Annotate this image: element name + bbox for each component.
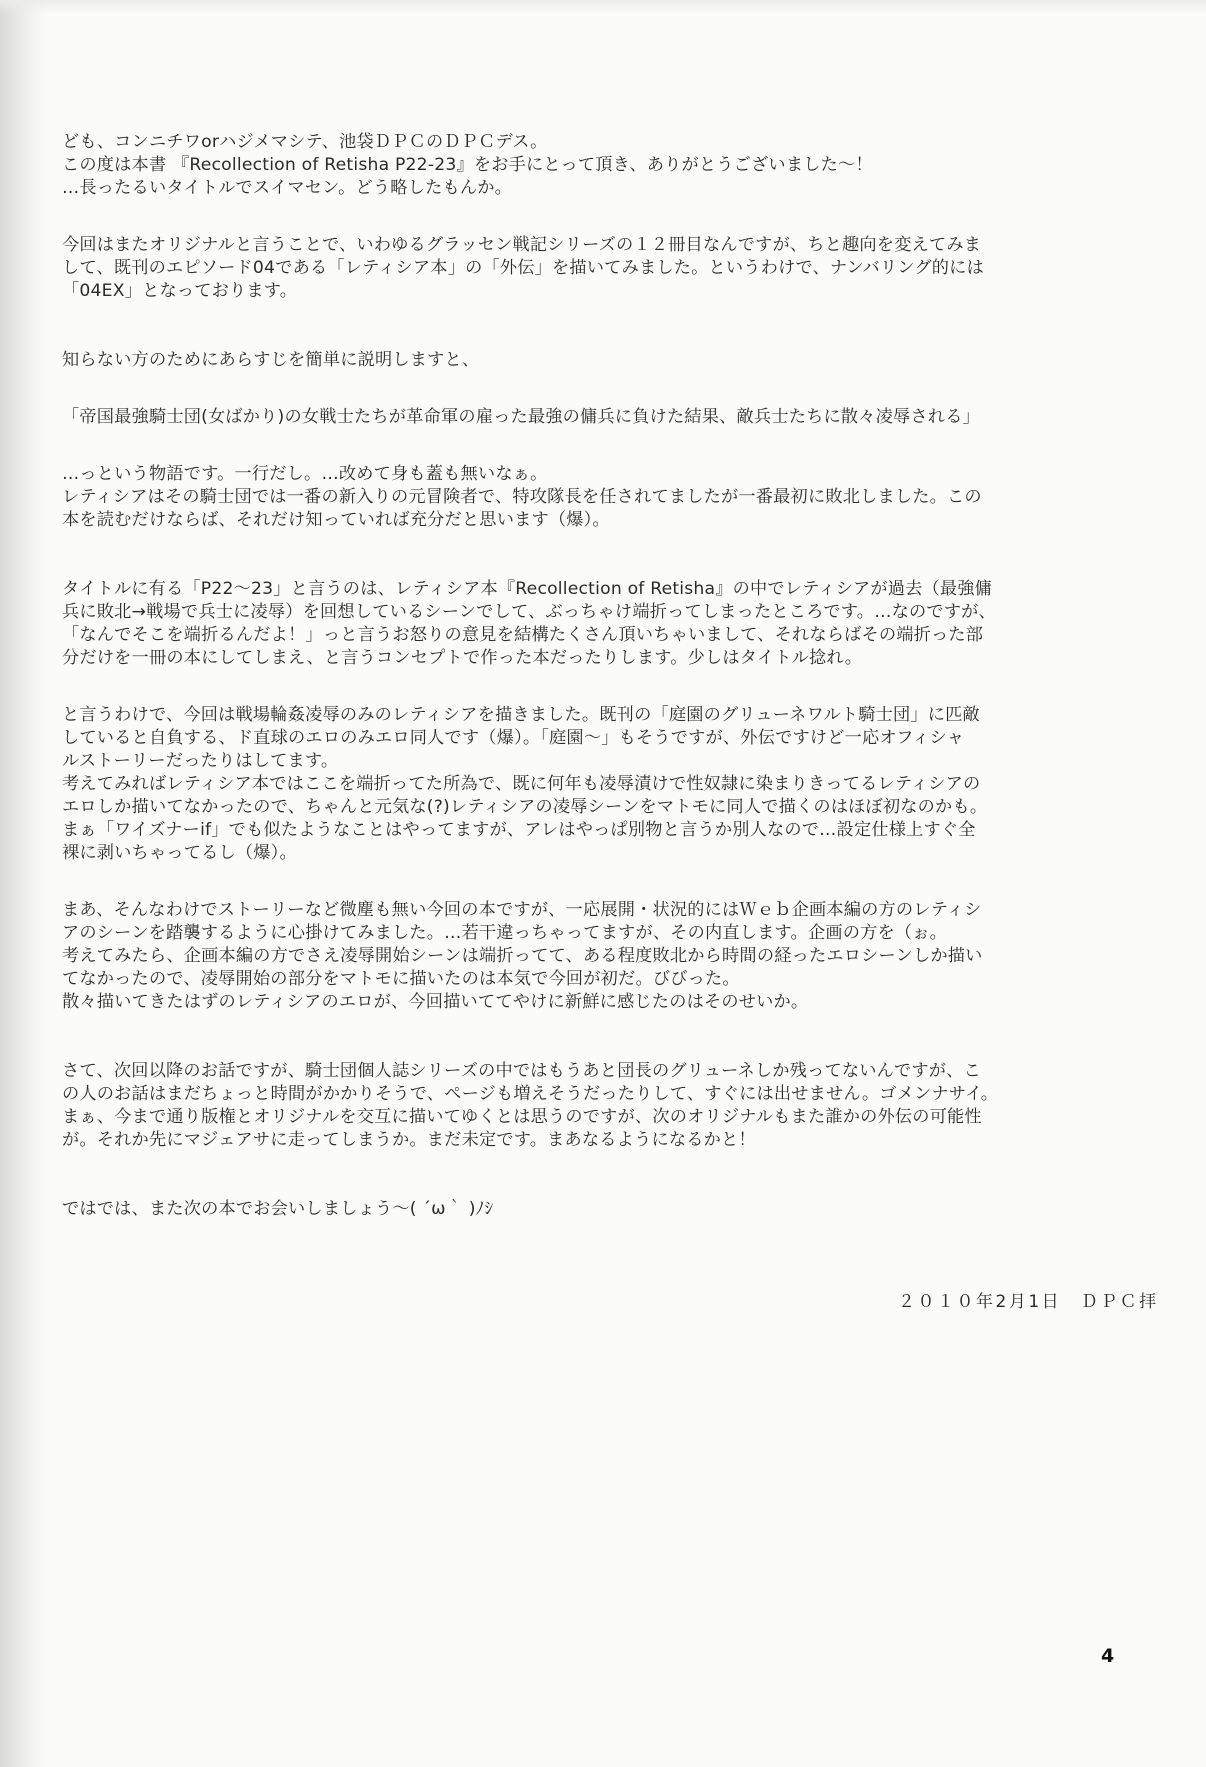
text-line: まあ、そんなわけでストーリーなど微塵も無い今回の本ですが、一応展開・状況的にはＷ… xyxy=(62,899,1112,922)
paragraph-gap xyxy=(62,865,1112,899)
paragraph-gap xyxy=(62,200,1112,234)
text-line: 分だけを一冊の本にしてしまえ、と言うコンセプトで作った本だったりします。少しはタ… xyxy=(62,647,1112,670)
text-line: 「04EX」となっております。 xyxy=(62,280,1112,303)
text-line: まぁ、今まで通り版権とオリジナルを交互に描いてゆくとは思うのですが、次のオリジナ… xyxy=(62,1106,1112,1129)
text-line: …っという物語です。一行だし。…改めて身も蓋も無いなぁ。 xyxy=(62,463,1112,486)
paragraph-gap xyxy=(62,532,1112,578)
paragraph-gap xyxy=(62,372,1112,406)
paragraph-gap xyxy=(62,303,1112,349)
text-line: てなかったので、凌辱開始の部分をマトモに描いたのは本気で今回が初だ。びびった。 xyxy=(62,968,1112,991)
text-line: 「帝国最強騎士団(女ばかり)の女戦士たちが革命軍の雇った最強の傭兵に負けた結果、… xyxy=(62,406,1112,429)
paragraph-next-plans: さて、次回以降のお話ですが、騎士団個人誌シリーズの中ではもうあと団長のグリューネ… xyxy=(62,1060,1112,1152)
text-line: していると自負する、ド直球のエロのみエロ同人です（爆）。「庭園～」もそうですが、… xyxy=(62,727,1112,750)
text-line: 「なんでそこを端折るんだよ！」っと言うお怒りの意見を結構たくさん頂いちゃいまして… xyxy=(62,624,1112,647)
text-line: 考えてみたら、企画本編の方でさえ凌辱開始シーンは端折ってて、ある程度敗北から時間… xyxy=(62,945,1112,968)
paragraph-synopsis-note: …っという物語です。一行だし。…改めて身も蓋も無いなぁ。 レティシアはその騎士団… xyxy=(62,463,1112,532)
text-line: さて、次回以降のお話ですが、騎士団個人誌シリーズの中ではもうあと団長のグリューネ… xyxy=(62,1060,1112,1083)
paragraph-story-notes: まあ、そんなわけでストーリーなど微塵も無い今回の本ですが、一応展開・状況的にはＷ… xyxy=(62,899,1112,1014)
text-line: 本を読むだけならば、それだけ知っていれば充分だと思います（爆）。 xyxy=(62,509,1112,532)
text-line: この度は本書 『Recollection of Retisha P22-23』を… xyxy=(62,154,1112,177)
paragraph-synopsis-quote: 「帝国最強騎士団(女ばかり)の女戦士たちが革命軍の雇った最強の傭兵に負けた結果、… xyxy=(62,406,1112,429)
text-line: レティシアはその騎士団では一番の新入りの元冒険者で、特攻隊長を任されてましたが一… xyxy=(62,486,1112,509)
text-line: ルストーリーだったりはしてます。 xyxy=(62,750,1112,773)
text-line: 今回はまたオリジナルと言うことで、いわゆるグラッセン戦記シリーズの１２冊目なんで… xyxy=(62,234,1112,257)
text-line: タイトルに有る「P22～23」と言うのは、レティシア本『Recollection… xyxy=(62,578,1112,601)
text-line: ども、コンニチワorハジメマシテ、池袋ＤＰＣのＤＰＣデス。 xyxy=(62,131,1112,154)
paragraph-gap xyxy=(62,670,1112,704)
paragraph-greeting: ども、コンニチワorハジメマシテ、池袋ＤＰＣのＤＰＣデス。 この度は本書 『Re… xyxy=(62,131,1112,200)
scan-edge-shadow xyxy=(0,0,46,1767)
text-line: 知らない方のためにあらすじを簡単に説明しますと、 xyxy=(62,349,1112,372)
text-line: と言うわけで、今回は戦場輪姦凌辱のみのレティシアを描きました。既刊の「庭園のグリ… xyxy=(62,704,1112,727)
signature-date: ２０１０年2月1日 ＤＰＣ拝 xyxy=(898,1287,1159,1312)
text-line: ではでは、また次の本でお会いしましょう～( ´ω｀ )ﾉｼ xyxy=(62,1198,1112,1221)
text-line: まぁ「ワイズナーif」でも似たようなことはやってますが、アレはやっぱ別物と言うか… xyxy=(62,819,1112,842)
text-line: の人のお話はまだちょっと時間がかかりそうで、ページも増えそうだったりして、すぐに… xyxy=(62,1083,1112,1106)
paragraph-title-explanation: タイトルに有る「P22～23」と言うのは、レティシア本『Recollection… xyxy=(62,578,1112,670)
paragraph-intro: 今回はまたオリジナルと言うことで、いわゆるグラッセン戦記シリーズの１２冊目なんで… xyxy=(62,234,1112,303)
text-line: 考えてみればレティシア本ではここを端折ってた所為で、既に何年も凌辱漬けで性奴隷に… xyxy=(62,773,1112,796)
text-line: して、既刊のエピソード04である「レティシア本」の「外伝」を描いてみました。とい… xyxy=(62,257,1112,280)
text-line: エロしか描いてなかったので、ちゃんと元気な(?)レティシアの凌辱シーンをマトモに… xyxy=(62,796,1112,819)
paragraph-gap xyxy=(62,1152,1112,1198)
text-line: 兵に敗北→戦場で兵士に凌辱）を回想しているシーンでして、ぶっちゃけ端折ってしまっ… xyxy=(62,601,1112,624)
page-number: 4 xyxy=(1101,1645,1114,1667)
text-line: …長ったるいタイトルでスイマセン。どう略したもんか。 xyxy=(62,177,1112,200)
paragraph-farewell: ではでは、また次の本でお会いしましょう～( ´ω｀ )ﾉｼ xyxy=(62,1198,1112,1221)
text-line: 散々描いてきたはずのレティシアのエロが、今回描いててやけに新鮮に感じたのはそのせ… xyxy=(62,991,1112,1014)
paragraph-synopsis-lead: 知らない方のためにあらすじを簡単に説明しますと、 xyxy=(62,349,1112,372)
paragraph-gap xyxy=(62,1014,1112,1060)
paragraph-content-notes: と言うわけで、今回は戦場輪姦凌辱のみのレティシアを描きました。既刊の「庭園のグリ… xyxy=(62,704,1112,865)
text-line: が。それか先にマジェアサに走ってしまうか。まだ未定です。まあなるようになるかと！ xyxy=(62,1129,1112,1152)
paragraph-gap xyxy=(62,429,1112,463)
text-line: アのシーンを踏襲するように心掛けてみました。…若干違っちゃってますが、その内直し… xyxy=(62,922,1112,945)
scan-top-shadow xyxy=(0,0,1206,14)
text-line: 裸に剥いちゃってるし（爆）。 xyxy=(62,842,1112,865)
afterword-body: ども、コンニチワorハジメマシテ、池袋ＤＰＣのＤＰＣデス。 この度は本書 『Re… xyxy=(62,131,1112,1221)
